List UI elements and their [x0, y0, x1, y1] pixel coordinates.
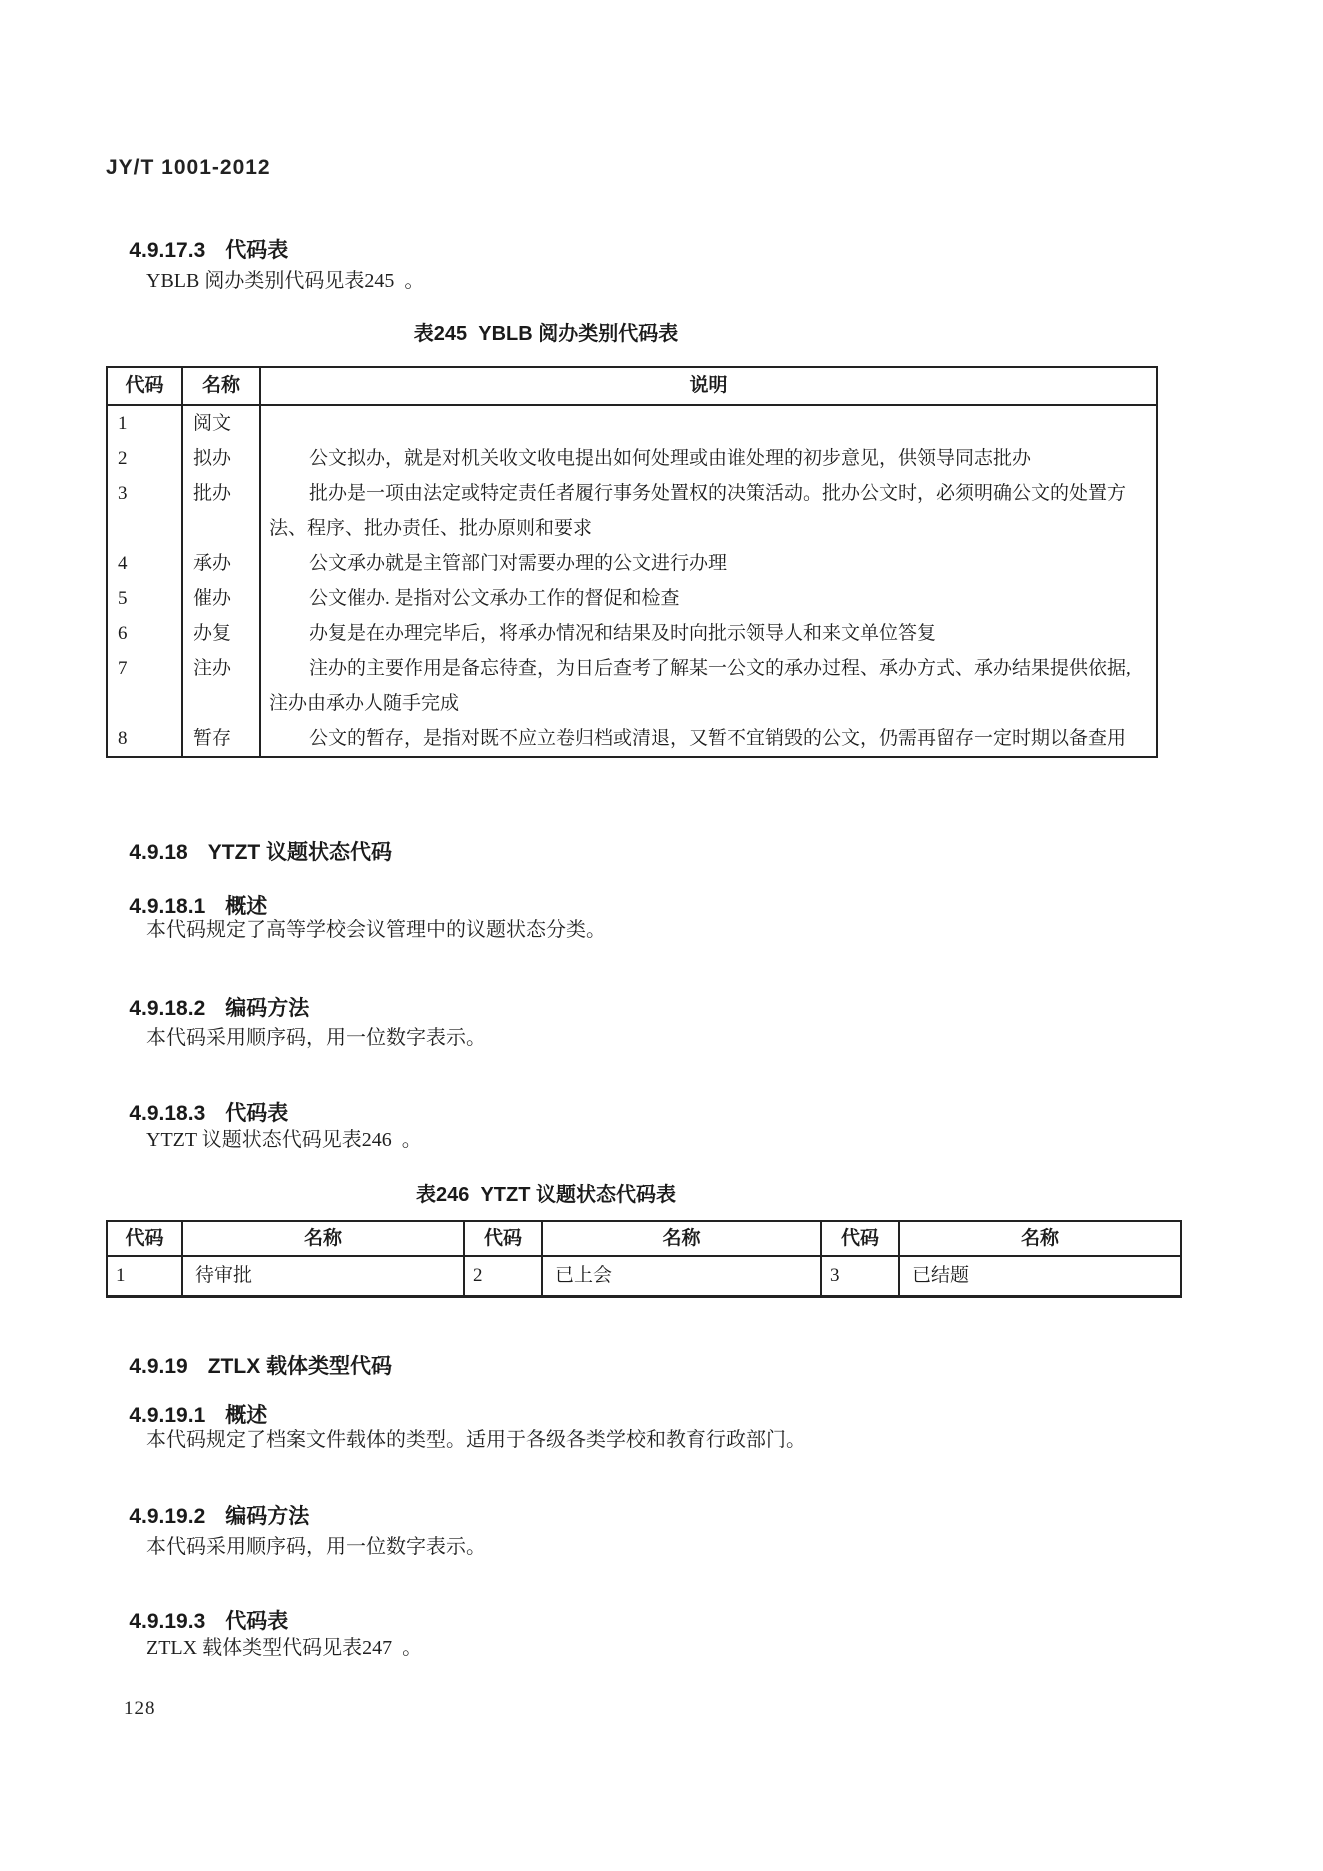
table-cell-desc: 批办是一项由法定或特定责任者履行事务处置权的决策活动。批办公文时，必须明确公文的… [261, 476, 1156, 546]
table245-header-code: 代码 [108, 368, 183, 404]
paragraph-table246-ref: YTZT 议题状态代码见表246 。 [146, 1123, 422, 1152]
table246-header-name: 名称 [900, 1222, 1180, 1255]
table-cell-name: 待审批 [183, 1257, 465, 1295]
table-cell-desc: 注办的主要作用是备忘待查，为日后查考了解某一公文的承办过程、承办方式、承办结果提… [261, 651, 1156, 721]
table-cell-desc: 公文催办. 是指对公文承办工作的督促和检查 [261, 581, 1156, 616]
table-cell-code: 2 [465, 1257, 543, 1295]
table-cell-code: 3 [108, 476, 183, 546]
table246-header-row: 代码 名称 代码 名称 代码 名称 [108, 1222, 1180, 1257]
table-245: 代码 名称 说明 1 阅文 2 拟办 公文拟办，就是对机关收文收电提出如何处理或… [106, 366, 1158, 758]
table-row: 3 批办 批办是一项由法定或特定责任者履行事务处置权的决策活动。批办公文时，必须… [108, 476, 1156, 546]
page-number: 128 [124, 1698, 156, 1720]
table-row: 7 注办 注办的主要作用是备忘待查，为日后查考了解某一公文的承办过程、承办方式、… [108, 651, 1156, 721]
table-row: 1 待审批 2 已上会 3 已结题 [108, 1257, 1180, 1295]
table246-header-code: 代码 [108, 1222, 183, 1255]
table-row: 4 承办 公文承办就是主管部门对需要办理的公文进行办理 [108, 546, 1156, 581]
document-page: JY/T 1001-2012 4.9.17.3代码表 YBLB 阅办类别代码见表… [0, 0, 1323, 1871]
table-row: 1 阅文 [108, 406, 1156, 441]
table-cell-code: 1 [108, 406, 183, 441]
paragraph-s19-2: 本代码采用顺序码，用一位数字表示。 [146, 1530, 486, 1559]
paragraph-table245-ref: YBLB 阅办类别代码见表245 。 [146, 264, 424, 293]
table-cell-desc [261, 406, 1156, 441]
table-row: 8 暂存 公文的暂存，是指对既不应立卷归档或清退，又暂不宜销毁的公文，仍需再留存… [108, 721, 1156, 756]
table246-caption: 表246 YTZT 议题状态代码表 [106, 1178, 986, 1207]
paragraph-s19-1: 本代码规定了档案文件载体的类型。适用于各级各类学校和教育行政部门。 [146, 1423, 806, 1452]
heading-title: 编码方法 [225, 1505, 309, 1528]
table245-header-name: 名称 [183, 368, 261, 404]
heading-number: 4.9.18.2 [129, 997, 205, 1021]
table-cell-code: 1 [108, 1257, 183, 1295]
heading-title: 代码表 [225, 1610, 288, 1633]
table-cell-code: 4 [108, 546, 183, 581]
heading-number: 4.9.19.2 [129, 1505, 205, 1529]
paragraph-table247-ref: ZTLX 载体类型代码见表247 。 [146, 1631, 422, 1660]
table-cell-name: 承办 [183, 546, 261, 581]
table-row: 5 催办 公文催办. 是指对公文承办工作的督促和检查 [108, 581, 1156, 616]
table-cell-desc: 公文的暂存，是指对既不应立卷归档或清退，又暂不宜销毁的公文，仍需再留存一定时期以… [261, 721, 1156, 756]
paragraph-s18-2: 本代码采用顺序码，用一位数字表示。 [146, 1021, 486, 1050]
table245-body: 1 阅文 2 拟办 公文拟办，就是对机关收文收电提出如何处理或由谁处理的初步意见… [108, 406, 1156, 756]
table245-header-row: 代码 名称 说明 [108, 368, 1156, 406]
table-cell-desc: 办复是在办理完毕后，将承办情况和结果及时向批示领导人和来文单位答复 [261, 616, 1156, 651]
table-cell-name: 已结题 [900, 1257, 1180, 1295]
table245-header-desc: 说明 [261, 368, 1156, 404]
table-cell-code: 7 [108, 651, 183, 721]
table-cell-name: 批办 [183, 476, 261, 546]
table-cell-name: 催办 [183, 581, 261, 616]
table-cell-code: 2 [108, 441, 183, 476]
heading-number: 4.9.17.3 [129, 239, 205, 263]
table-cell-desc: 公文承办就是主管部门对需要办理的公文进行办理 [261, 546, 1156, 581]
table-cell-name: 已上会 [543, 1257, 822, 1295]
heading-title: YTZT 议题状态代码 [208, 841, 392, 864]
paragraph-s18-1: 本代码规定了高等学校会议管理中的议题状态分类。 [146, 913, 606, 942]
standard-number: JY/T 1001-2012 [106, 156, 271, 180]
table-cell-desc: 公文拟办，就是对机关收文收电提出如何处理或由谁处理的初步意见，供领导同志批办 [261, 441, 1156, 476]
table-row: 2 拟办 公文拟办，就是对机关收文收电提出如何处理或由谁处理的初步意见，供领导同… [108, 441, 1156, 476]
table-cell-name: 暂存 [183, 721, 261, 756]
heading-number: 4.9.18 [129, 841, 187, 865]
table-cell-code: 5 [108, 581, 183, 616]
table246-header-name: 名称 [183, 1222, 465, 1255]
table-246: 代码 名称 代码 名称 代码 名称 1 待审批 2 已上会 3 已结题 [106, 1220, 1182, 1298]
table-cell-code: 3 [822, 1257, 900, 1295]
table-cell-code: 6 [108, 616, 183, 651]
heading-title: 编码方法 [225, 997, 309, 1020]
heading-title: 代码表 [225, 1102, 288, 1125]
table-cell-name: 注办 [183, 651, 261, 721]
table-cell-name: 拟办 [183, 441, 261, 476]
table-cell-name: 阅文 [183, 406, 261, 441]
table246-header-code: 代码 [822, 1222, 900, 1255]
table-cell-code: 8 [108, 721, 183, 756]
table246-header-name: 名称 [543, 1222, 822, 1255]
heading-title: 代码表 [225, 239, 288, 262]
table245-caption: 表245 YBLB 阅办类别代码表 [106, 317, 986, 346]
table246-header-code: 代码 [465, 1222, 543, 1255]
table-cell-name: 办复 [183, 616, 261, 651]
table-row: 6 办复 办复是在办理完毕后，将承办情况和结果及时向批示领导人和来文单位答复 [108, 616, 1156, 651]
